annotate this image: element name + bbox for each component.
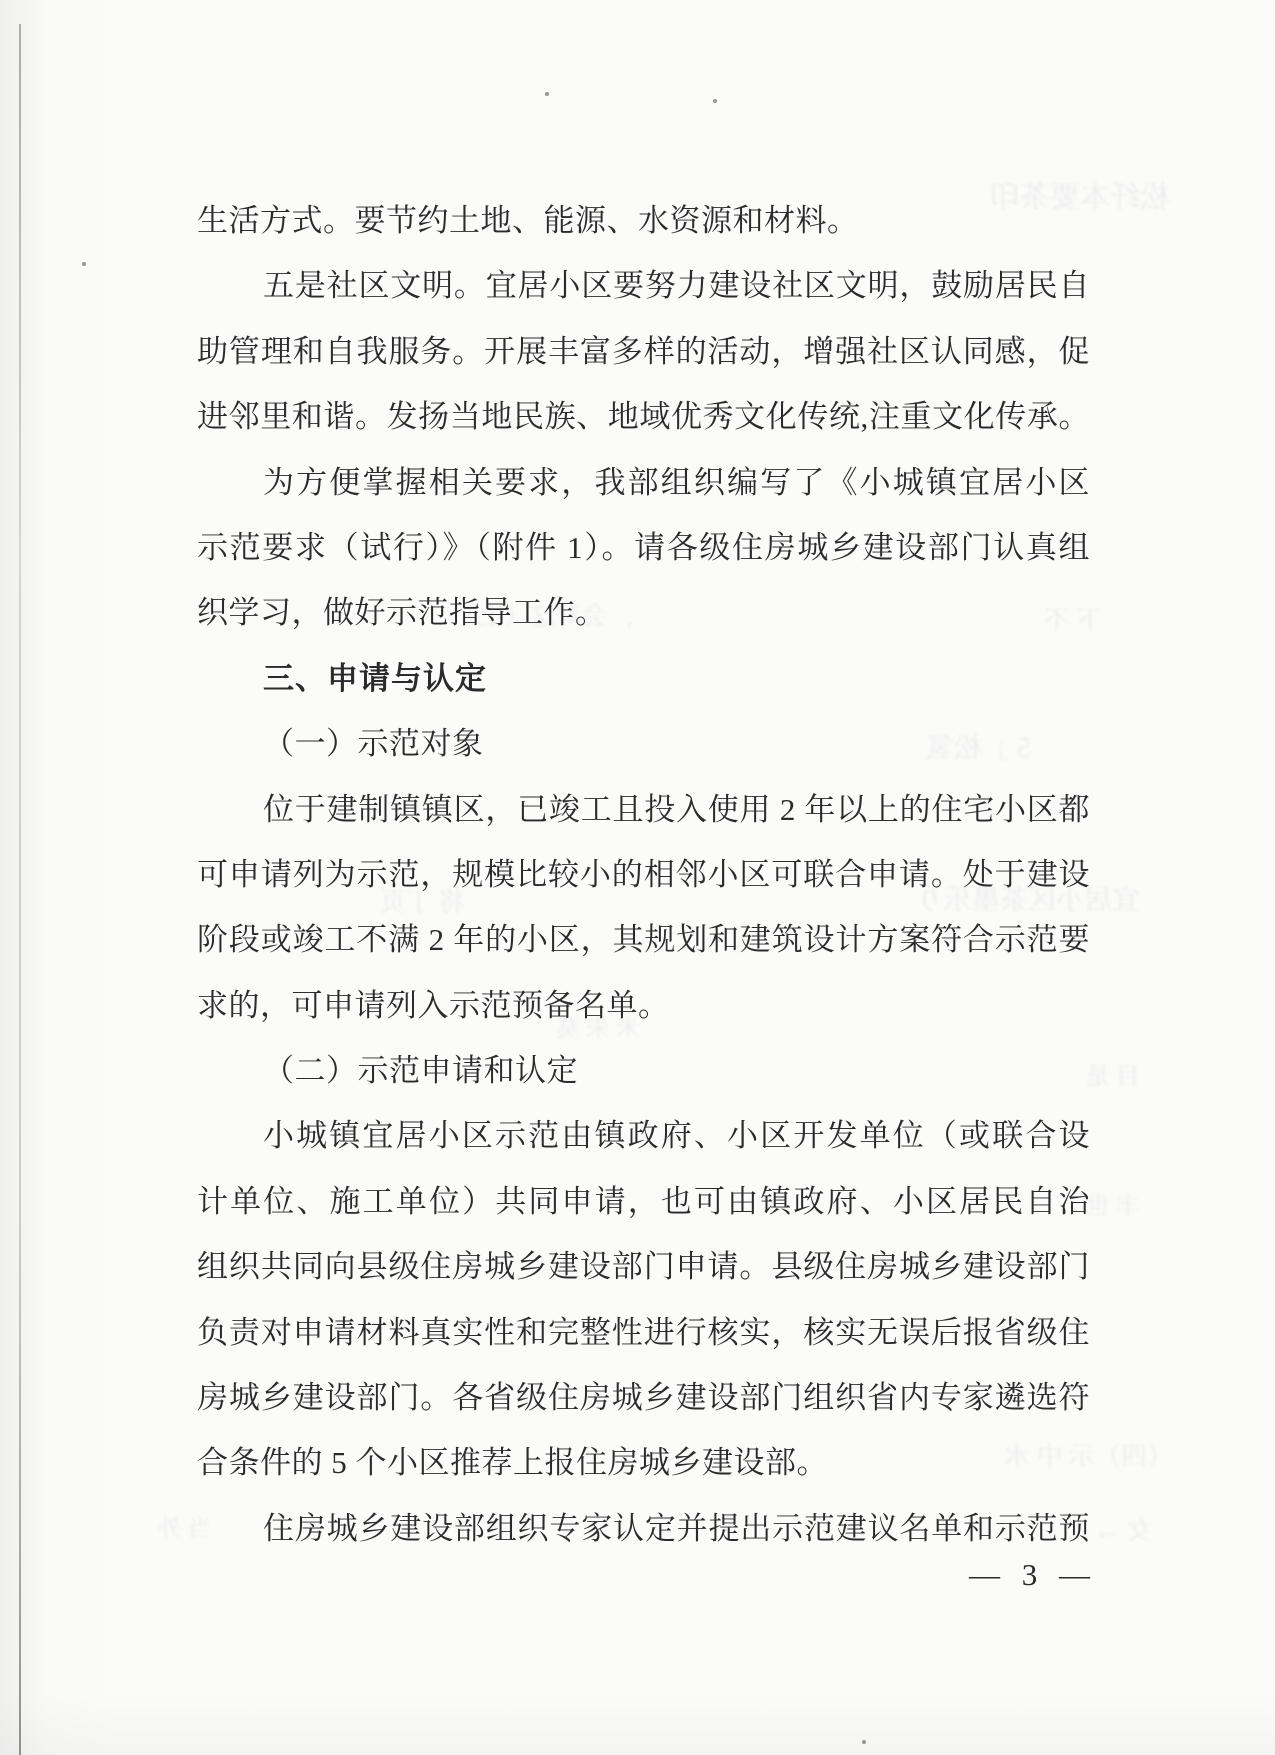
page-number: — 3 — — [969, 1555, 1097, 1595]
scanned-document-page: 生活方式。要节约土地、能源、水资源和材料。五是社区文明。宜居小区要努力建设社区文… — [0, 0, 1275, 1755]
text-line: 住房城乡建设部组织专家认定并提出示范建议名单和示范预 — [197, 1496, 1090, 1561]
scan-speck — [545, 92, 549, 96]
text-line: 房城乡建设部门。各省级住房城乡建设部门组织省内专家遴选符 — [197, 1365, 1090, 1430]
scan-speck — [862, 1740, 866, 1744]
scanner-edge-line — [19, 24, 21, 1755]
text-line: 计单位、施工单位）共同申请，也可由镇政府、小区居民自治 — [197, 1169, 1090, 1234]
text-line: 助管理和自我服务。开展丰富多样的活动，增强社区认同感，促 — [197, 319, 1090, 384]
bleed-through-mark: 女 → — [1094, 1510, 1153, 1547]
text-line: 五是社区文明。宜居小区要努力建设社区文明，鼓励居民自 — [197, 253, 1090, 318]
text-line: 可申请列为示范，规模比较小的相邻小区可联合申请。处于建设 — [197, 842, 1090, 907]
bleed-through-mark: 目 是 — [1086, 1056, 1140, 1091]
text-line: 进邻里和谐。发扬当地民族、地域优秀文化传统,注重文化传承。 — [197, 384, 1090, 449]
scan-speck — [713, 99, 717, 103]
section-heading: 三、申请与认定 — [197, 646, 1090, 711]
scan-speck — [82, 262, 86, 266]
text-line: 求的，可申请列入示范预备名单。 — [197, 973, 1090, 1038]
text-line: 位于建制镇镇区，已竣工且投入使用 2 年以上的住宅小区都 — [197, 777, 1090, 842]
text-line: 示范要求（试行）》（附件 1）。请各级住房城乡建设部门认真组 — [197, 515, 1090, 580]
bleed-through-mark: 丰 世 — [1086, 1186, 1140, 1221]
text-line: 合条件的 5 个小区推荐上报住房城乡建设部。 — [197, 1430, 1090, 1495]
document-body: 生活方式。要节约土地、能源、水资源和材料。五是社区文明。宜居小区要努力建设社区文… — [197, 188, 1090, 1561]
text-line: 生活方式。要节约土地、能源、水资源和材料。 — [197, 188, 1090, 253]
text-line: 织学习，做好示范指导工作。 — [197, 580, 1090, 645]
text-line: 小城镇宜居小区示范由镇政府、小区开发单位（或联合设 — [197, 1103, 1090, 1168]
text-line: 为方便掌握相关要求，我部组织编写了《小城镇宜居小区 — [197, 450, 1090, 515]
text-line: 阶段或竣工不满 2 年的小区，其规划和建筑设计方案符合示范要 — [197, 907, 1090, 972]
text-line: （二）示范申请和认定 — [197, 1038, 1090, 1103]
text-line: 组织共同向县级住房城乡建设部门申请。县级住房城乡建设部门 — [197, 1234, 1090, 1299]
text-line: 负责对申请材料真实性和完整性进行核实，核实无误后报省级住 — [197, 1300, 1090, 1365]
text-line: （一）示范对象 — [197, 711, 1090, 776]
